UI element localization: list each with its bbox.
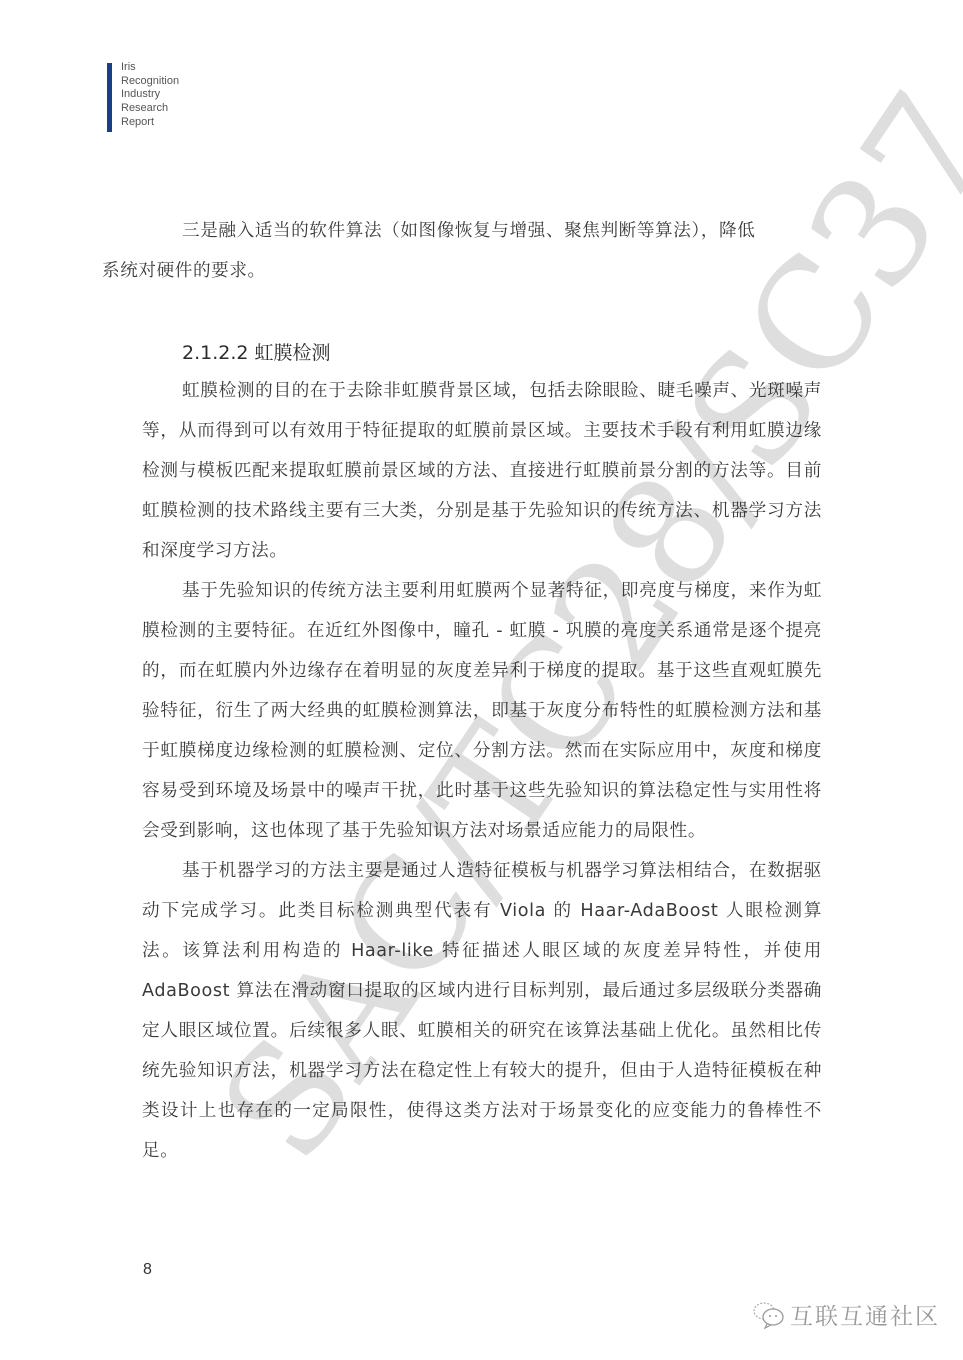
page-body: 三是融入适当的软件算法（如图像恢复与增强、聚焦判断等算法），降低 系统对硬件的要… [142, 211, 822, 291]
report-header: Iris Recognition Industry Research Repor… [107, 63, 179, 132]
wechat-icon [752, 1300, 786, 1330]
section-body: 虹膜检测的目的在于去除非虹膜背景区域，包括去除眼睑、睫毛噪声、光斑噪声等，从而得… [142, 371, 822, 1171]
intro-paragraph: 三是融入适当的软件算法（如图像恢复与增强、聚焦判断等算法），降低 系统对硬件的要… [142, 211, 822, 291]
paragraph-iris-detection: 虹膜检测的目的在于去除非虹膜背景区域，包括去除眼睑、睫毛噪声、光斑噪声等，从而得… [142, 371, 822, 571]
intro-line-2: 系统对硬件的要求。 [102, 261, 266, 281]
brand-name: 互联互通社区 [790, 1298, 940, 1331]
header-accent-bar [107, 63, 112, 132]
brand-footer: 互联互通社区 [752, 1298, 940, 1331]
header-line: Recognition [121, 75, 179, 89]
intro-line-1: 三是融入适当的软件算法（如图像恢复与增强、聚焦判断等算法），降低 [182, 221, 755, 241]
header-line: Report [121, 116, 179, 130]
header-line: Iris [121, 61, 179, 75]
paragraph-machine-learning: 基于机器学习的方法主要是通过人造特征模板与机器学习算法相结合，在数据驱动下完成学… [142, 851, 822, 1171]
page-number: 8 [143, 1261, 152, 1279]
paragraph-prior-knowledge: 基于先验知识的传统方法主要利用虹膜两个显著特征，即亮度与梯度，来作为虹膜检测的主… [142, 571, 822, 851]
header-title: Iris Recognition Industry Research Repor… [121, 61, 179, 132]
header-line: Research [121, 102, 179, 116]
header-line: Industry [121, 88, 179, 102]
section-heading: 2.1.2.2 虹膜检测 [182, 338, 331, 365]
